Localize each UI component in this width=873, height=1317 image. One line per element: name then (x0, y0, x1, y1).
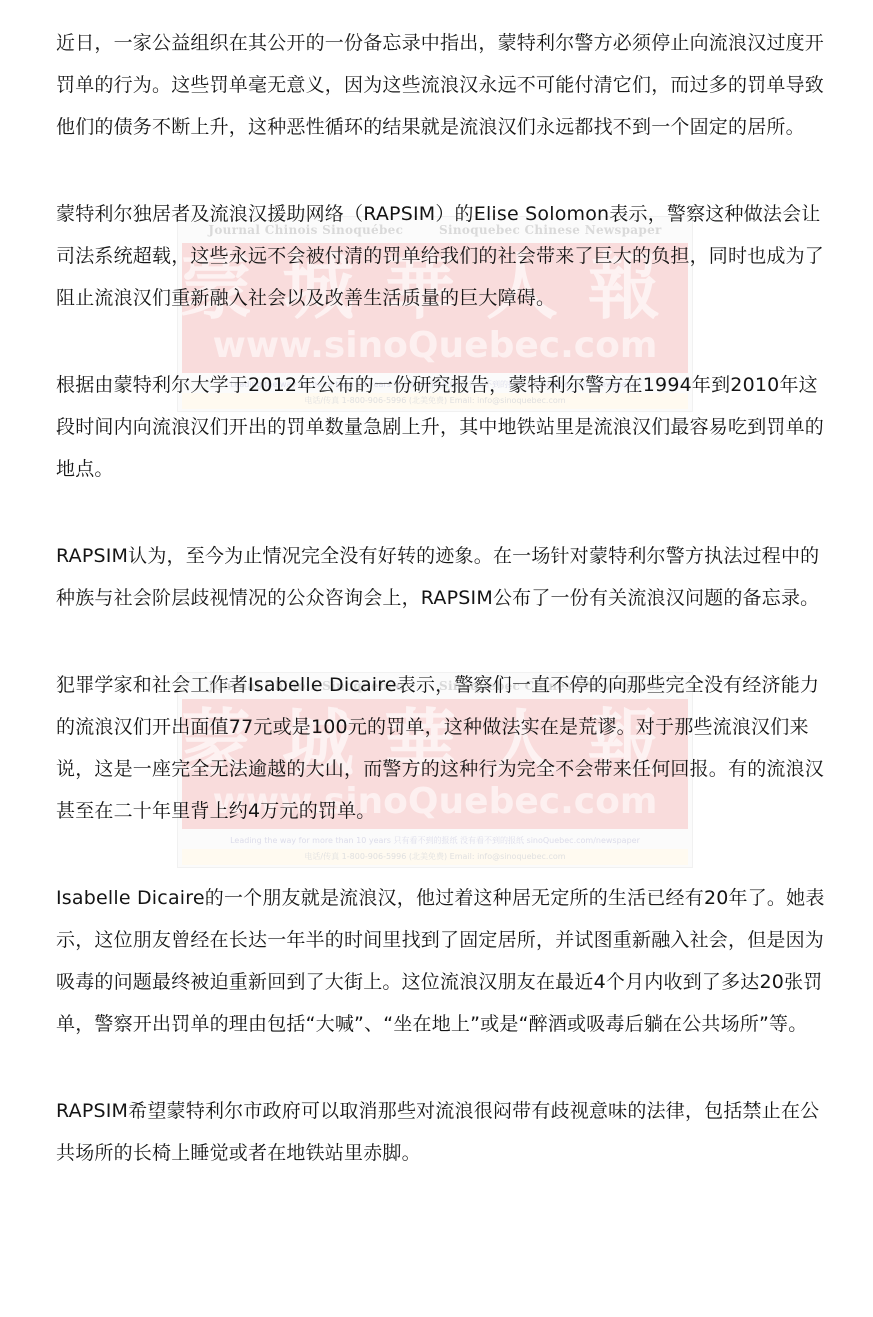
article-paragraph: RAPSIM希望蒙特利尔市政府可以取消那些对流浪很闷带有歧视意味的法律，包括禁止… (56, 1090, 831, 1174)
article-paragraph: 近日，一家公益组织在其公开的一份备忘录中指出，蒙特利尔警方必须停止向流浪汉过度开… (56, 22, 831, 148)
article-body: 近日，一家公益组织在其公开的一份备忘录中指出，蒙特利尔警方必须停止向流浪汉过度开… (56, 22, 831, 1219)
article-paragraph: RAPSIM认为，至今为止情况完全没有好转的迹象。在一场针对蒙特利尔警方执法过程… (56, 535, 831, 619)
article-paragraph: 犯罪学家和社会工作者Isabelle Dicaire表示，警察们一直不停的向那些… (56, 664, 831, 832)
article-paragraph: 根据由蒙特利尔大学于2012年公布的一份研究报告，蒙特利尔警方在1994年到20… (56, 364, 831, 490)
article-paragraph: Isabelle Dicaire的一个朋友就是流浪汉，他过着这种居无定所的生活已… (56, 877, 831, 1045)
article-paragraph: 蒙特利尔独居者及流浪汉援助网络（RAPSIM）的Elise Solomon表示，… (56, 193, 831, 319)
